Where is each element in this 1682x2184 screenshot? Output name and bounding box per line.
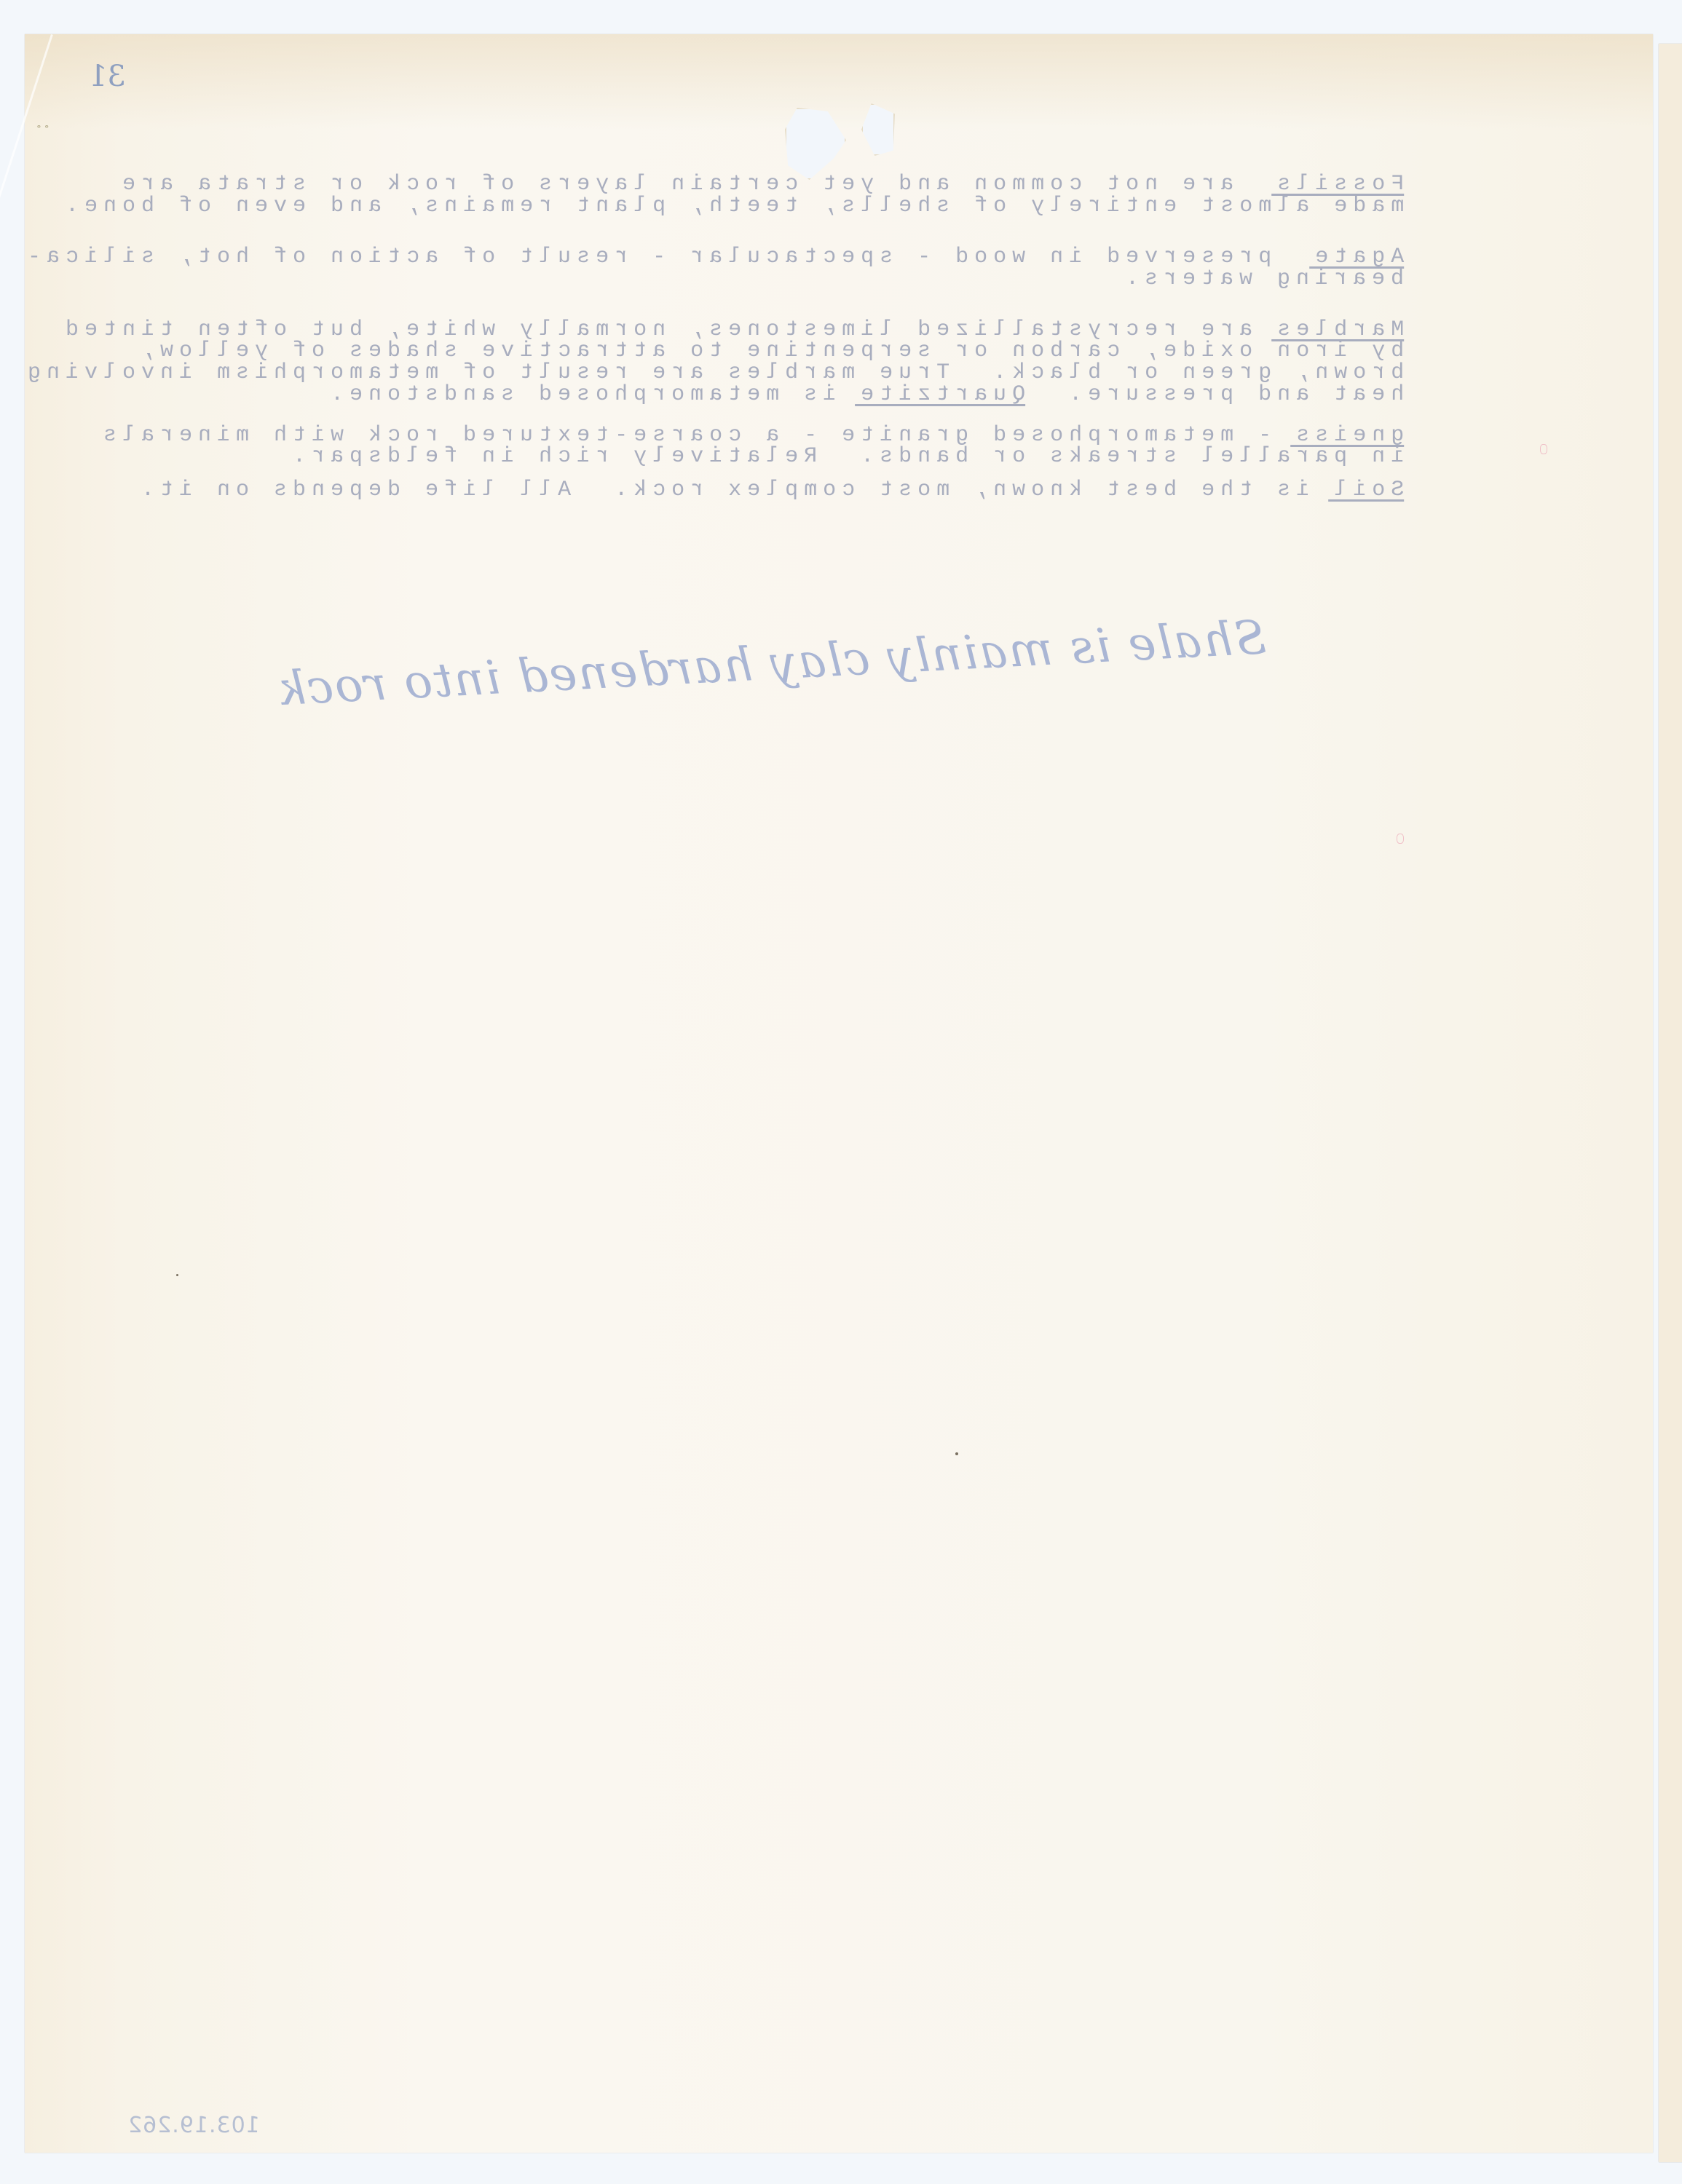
- stain-mark: ˚˚: [35, 125, 51, 140]
- text-line: made almost entirely of shells, teeth, p…: [60, 195, 1404, 217]
- adjacent-sheet-edge: [1659, 44, 1682, 2162]
- text-line: in parallel streaks or bands. Relatively…: [287, 446, 1404, 467]
- line-rest: are not common and yet certain layers of…: [117, 172, 1271, 197]
- pink-mark: [1540, 444, 1547, 454]
- inventory-number: 103.19.262: [127, 2113, 260, 2138]
- text-line: bearing waters.: [1120, 268, 1404, 290]
- text-line: Agate preserved in wood - spectacular - …: [22, 246, 1404, 268]
- text-line: Fossils are not common and yet certain l…: [117, 173, 1404, 195]
- term-soil: Soil: [1328, 478, 1404, 502]
- handwritten-page-number: 31: [89, 60, 126, 93]
- speck: [955, 1452, 958, 1455]
- term-quartzite: Quartzite: [855, 382, 1025, 407]
- text-line: Soil is the best known, most complex roc…: [135, 479, 1404, 501]
- term-fossils: Fossils: [1271, 172, 1404, 197]
- text-line: Marbles are recrystallized limestones, n…: [60, 319, 1404, 341]
- pink-mark: [1397, 834, 1404, 844]
- text-line: by iron oxide, carbon or serpentine to a…: [135, 340, 1404, 362]
- term-agate: Agate: [1309, 245, 1404, 269]
- text-line: heat and pressure. Quartzite is metamorp…: [325, 384, 1404, 405]
- speck: [176, 1274, 178, 1276]
- text-line: brown, green or black. True marbles are …: [22, 362, 1404, 384]
- text-line: gneiss - metamorphosed granite - a coars…: [98, 424, 1404, 446]
